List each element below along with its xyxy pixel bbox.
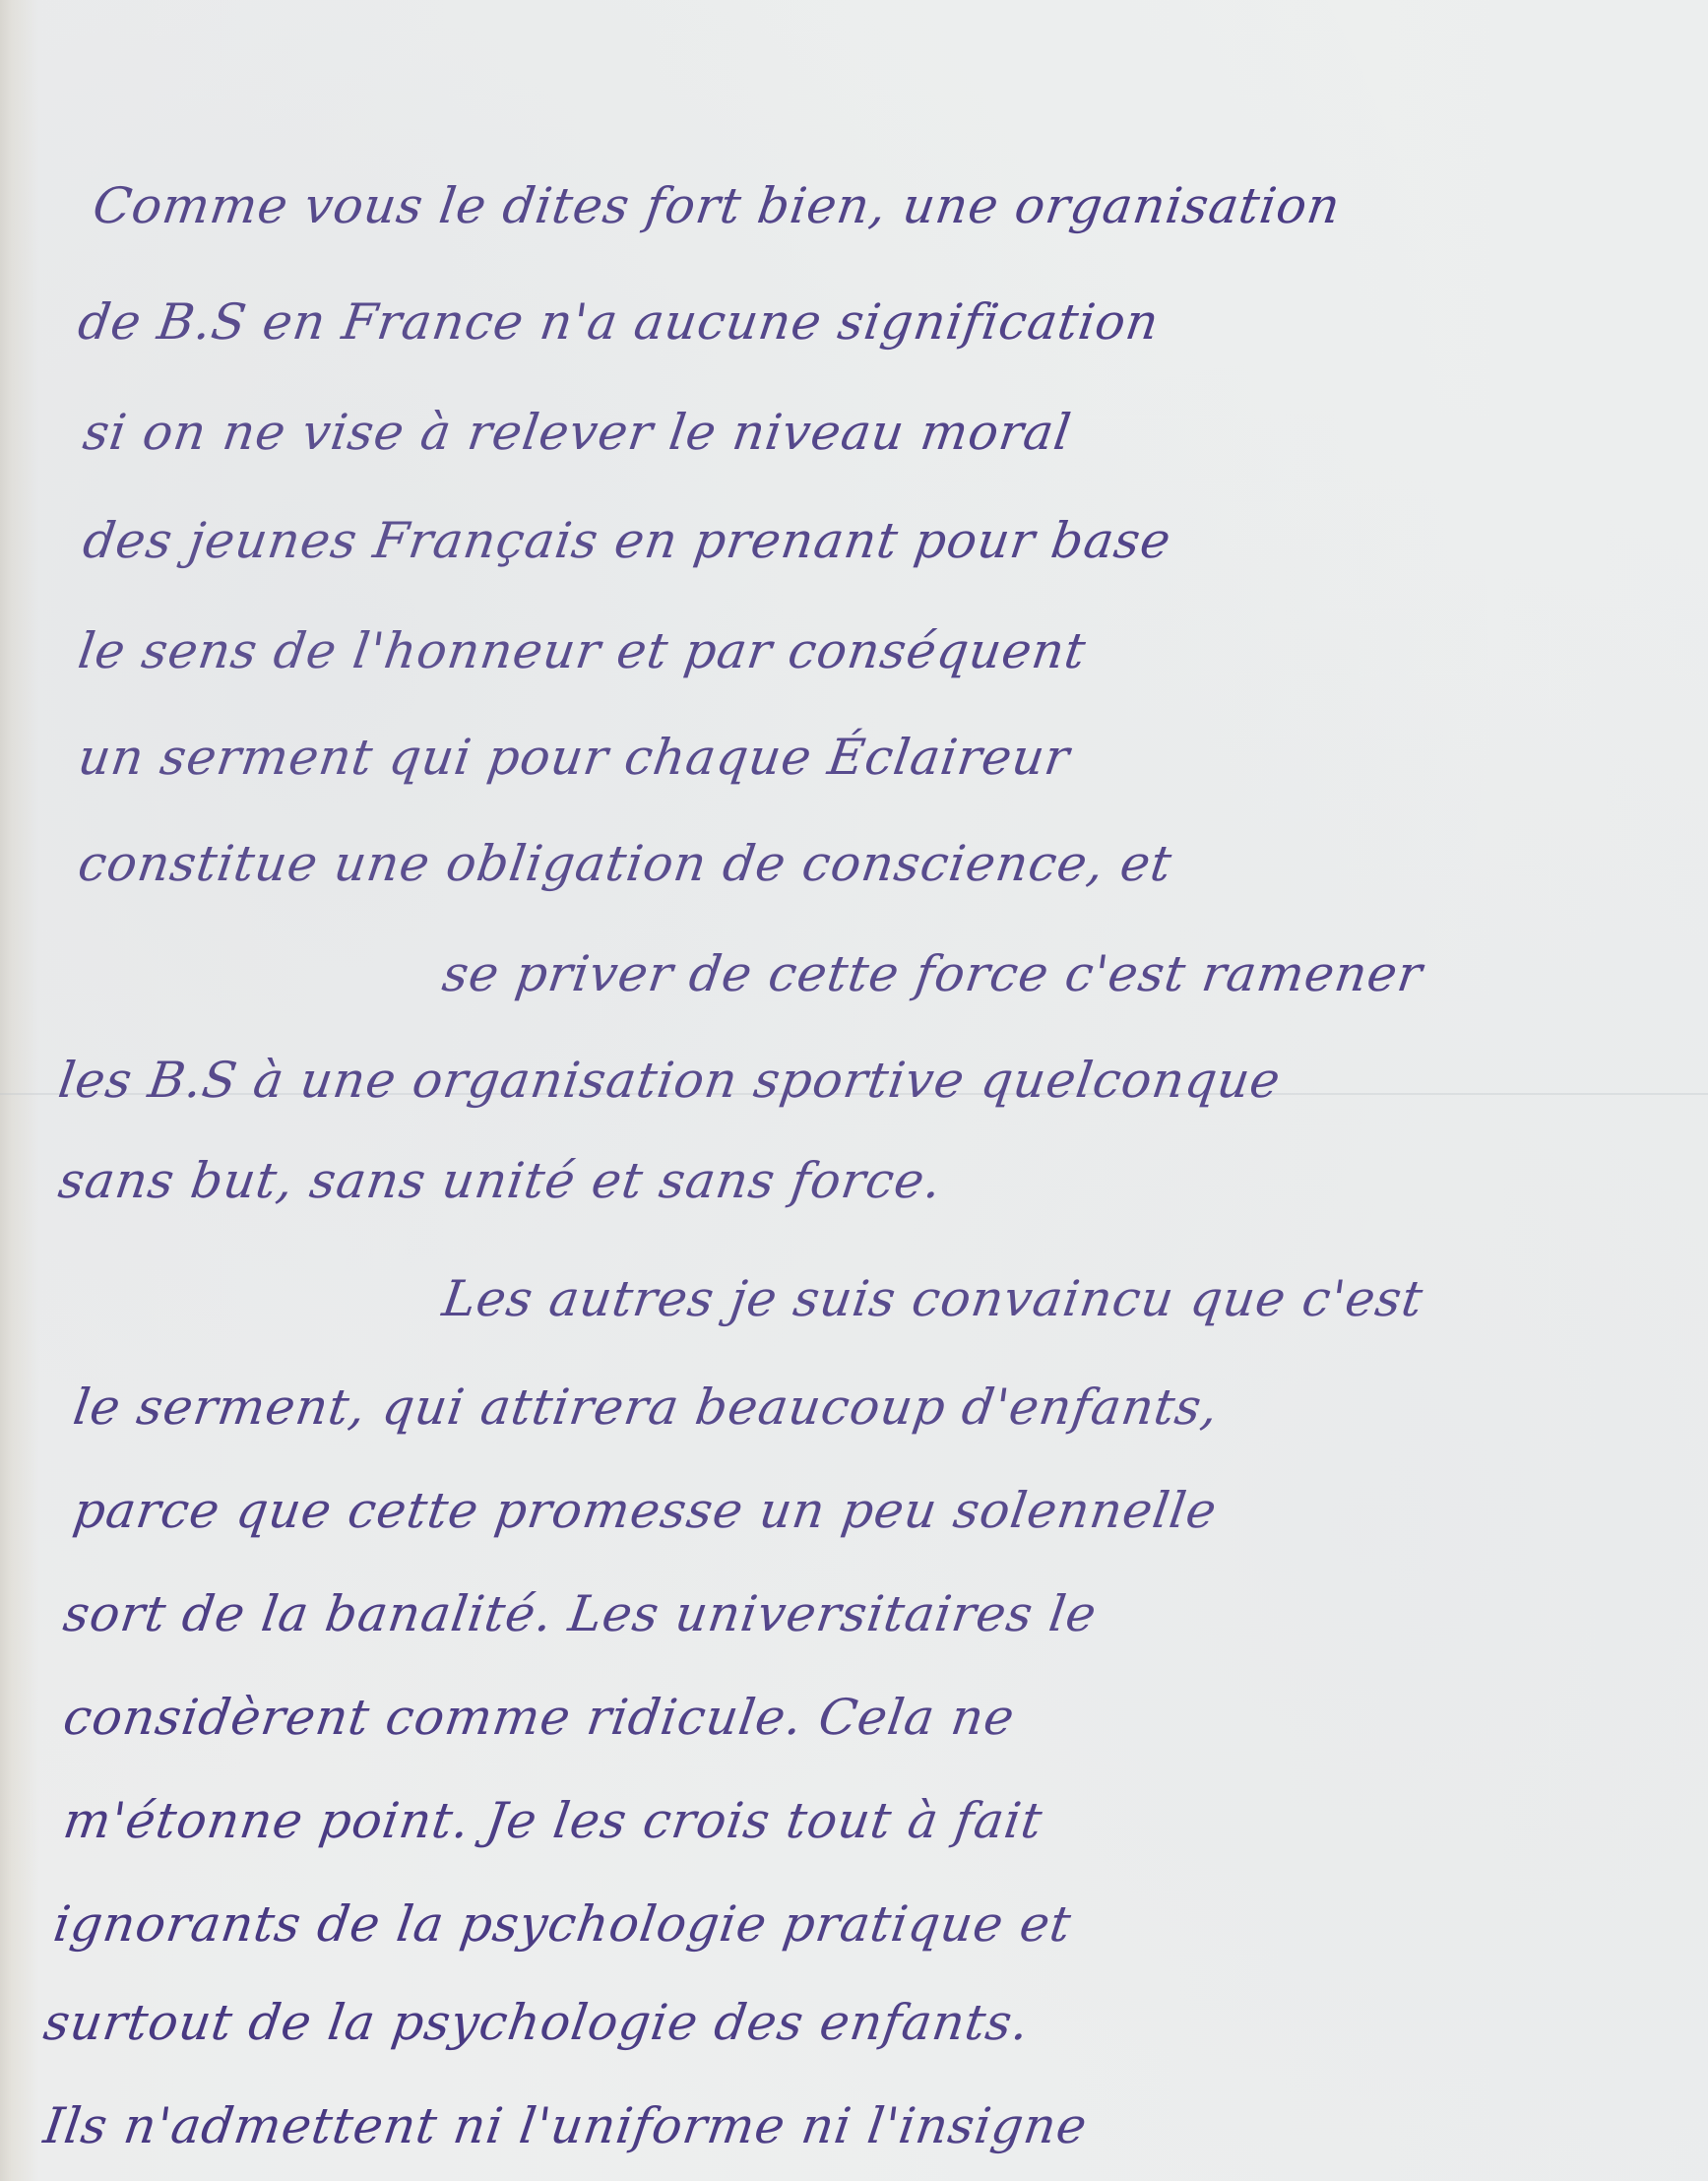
handwritten-line-2: de B.S en France n'a aucune significatio…: [75, 293, 1163, 351]
letter-page: Comme vous le dites fort bien, une organ…: [0, 0, 1708, 2181]
handwritten-line-10: sans but, sans unité et sans force.: [55, 1152, 945, 1209]
handwritten-line-8: se priver de cette force c'est ramener: [439, 945, 1426, 1002]
handwritten-line-14: sort de la banalité. Les universitaires …: [60, 1585, 1101, 1642]
handwritten-line-6: un serment qui pour chaque Éclaireur: [75, 729, 1074, 786]
handwritten-line-12: le serment, qui attirera beaucoup d'enfa…: [70, 1379, 1223, 1436]
handwritten-line-19: Ils n'admettent ni l'uniforme ni l'insig…: [40, 2097, 1091, 2154]
handwritten-line-4: des jeunes Français en prenant pour base: [80, 512, 1174, 569]
handwritten-line-11: Les autres je suis convaincu que c'est: [439, 1270, 1426, 1327]
handwritten-line-7: constitue une obligation de conscience, …: [75, 835, 1175, 892]
handwritten-line-5: le sens de l'honneur et par conséquent: [75, 622, 1090, 679]
handwritten-line-3: si on ne vise à relever le niveau moral: [80, 404, 1075, 461]
handwritten-line-9: les B.S à une organisation sportive quel…: [55, 1052, 1285, 1109]
handwritten-line-15: considèrent comme ridicule. Cela ne: [60, 1689, 1019, 1746]
handwritten-line-16: m'étonne point. Je les crois tout à fait: [60, 1792, 1046, 1849]
handwritten-line-1: Comme vous le dites fort bien, une organ…: [90, 177, 1344, 234]
handwritten-line-17: ignorants de la psychologie pratique et: [50, 1895, 1075, 1953]
handwritten-line-18: surtout de la psychologie des enfants.: [40, 1994, 1033, 2051]
handwritten-line-13: parce que cette promesse un peu solennel…: [70, 1482, 1221, 1539]
